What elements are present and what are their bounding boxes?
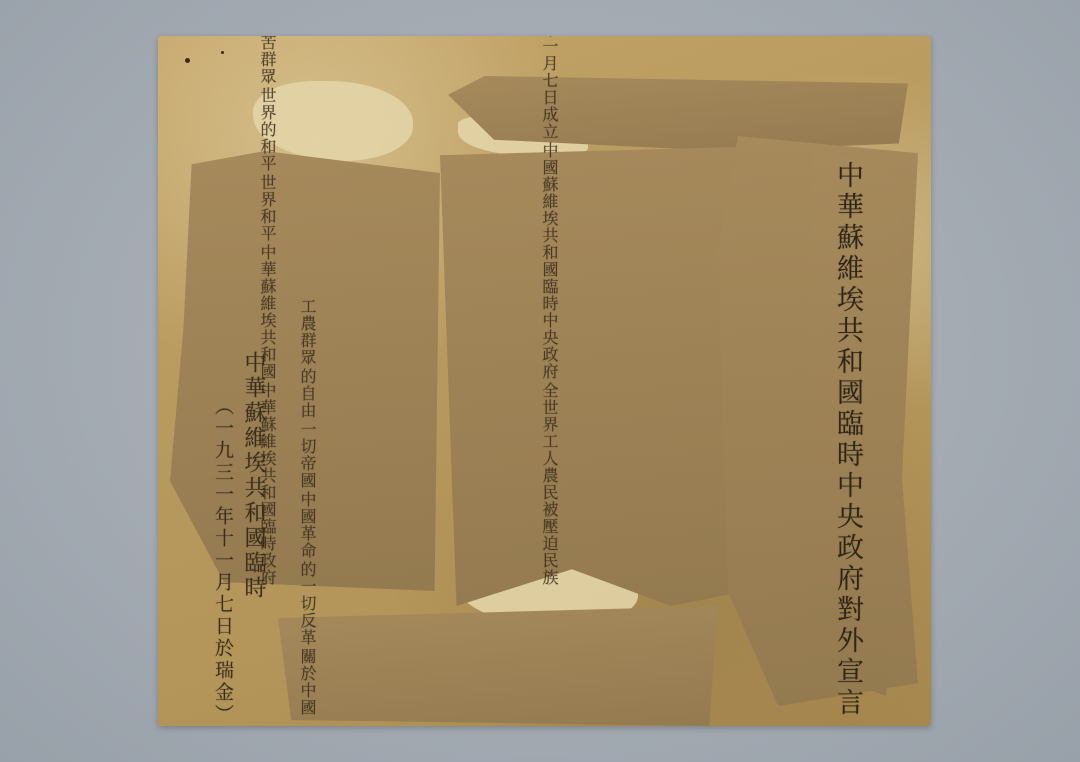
text-column: 世界的和平 [258, 87, 276, 172]
date-line: （一九三一年十一月七日於瑞金） [210, 396, 237, 726]
top-strip-fragment [448, 76, 908, 151]
text-column: 全世界工人農民被壓迫民族 [540, 382, 558, 586]
main-center-fragment [440, 146, 770, 606]
signature: 中華蘇維埃共和國臨時 [238, 351, 269, 601]
text-column: 一切帝國 [298, 421, 316, 489]
document-title: 中華蘇維埃共和國臨時中央政府對外宣言 [828, 161, 867, 719]
text-column: 關於中國 [298, 648, 316, 716]
paper-loss [253, 81, 413, 161]
wormhole-mark [221, 51, 224, 54]
text-column: 中國革命 [298, 491, 316, 559]
text-column: 的自由 [298, 368, 316, 419]
text-column: 中國工農兵及一切勞苦群眾 [258, 36, 276, 85]
wormhole-mark [185, 58, 190, 63]
manuscript-sheet: 中華蘇維埃共和國臨時中央政府對外宣言 全世界工人農民被壓迫民族 中國蘇維埃共和國… [158, 36, 931, 726]
text-column: 工農群眾 [298, 298, 316, 366]
text-column: 的一切反革 [298, 561, 316, 646]
bottom-fragment-text: 關於中國 的一切反革 中國革命 一切帝國 的自由 工農群眾 [298, 616, 316, 716]
text-column: 世界和平 [258, 174, 276, 242]
text-column: 於一九三一年十一月七日成立 [540, 36, 558, 140]
body-text-right: 全世界工人農民被壓迫民族 中國蘇維埃共和國臨時中央政府 於一九三一年十一月七日成… [540, 146, 558, 586]
bottom-fragment [278, 606, 718, 726]
text-column: 中國蘇維埃共和國臨時中央政府 [540, 142, 558, 380]
